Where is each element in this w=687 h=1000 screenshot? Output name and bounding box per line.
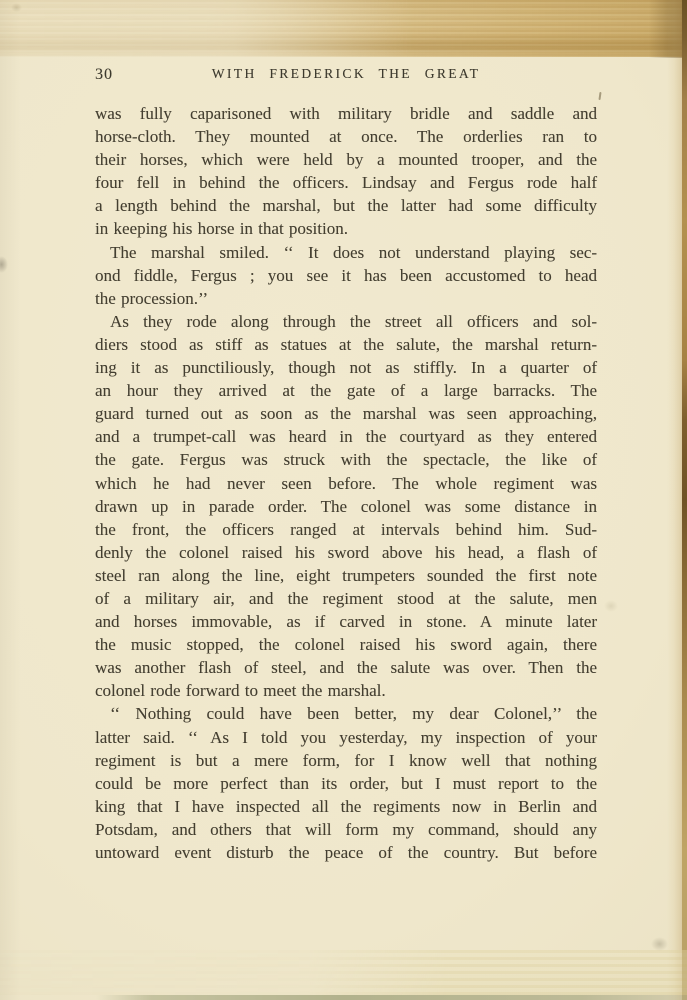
text-line: their horses, which were held by a mount… [95, 148, 597, 171]
text-line: Potsdam, and others that will form my co… [95, 818, 597, 841]
text-line: in keeping his horse in that position. [95, 217, 597, 240]
text-line: four fell in behind the officers. Lindsa… [95, 171, 597, 194]
scan-smudge [604, 600, 618, 612]
text-line: a length behind the marshal, but the lat… [95, 194, 597, 217]
text-line: As they rode along through the street al… [95, 310, 597, 333]
text-line: diers stood as stiff as statues at the s… [95, 333, 597, 356]
text-line: the procession.’’ [95, 287, 597, 310]
text-line: horse-cloth. They mounted at once. The o… [95, 125, 597, 148]
text-line: which he had never seen before. The whol… [95, 472, 597, 495]
text-line: king that I have inspected all the regim… [95, 795, 597, 818]
text-line: untoward event disturb the peace of the … [95, 841, 597, 864]
scan-smudge [651, 937, 668, 951]
text-line: colonel rode forward to meet the marshal… [95, 679, 597, 702]
scan-smudge [11, 3, 22, 12]
text-line: ing it as punctiliously, though not as s… [95, 356, 597, 379]
text-line: drawn up in parade order. The colonel wa… [95, 495, 597, 518]
text-line: ond fiddle, Fergus ; you see it has been… [95, 264, 597, 287]
scan-bottom-streaks [0, 950, 687, 995]
text-line: and a trumpet-call was heard in the cour… [95, 425, 597, 448]
page-number: 30 [95, 66, 113, 84]
text-line: the gate. Fergus was struck with the spe… [95, 448, 597, 471]
text-line: could be more perfect than its order, bu… [95, 772, 597, 795]
running-header: WITH FREDERICK THE GREAT [95, 66, 597, 82]
text-line: latter said. ‘‘ As I told you yesterday,… [95, 726, 597, 749]
text-line: the front, the officers ranged at interv… [95, 518, 597, 541]
text-line: was fully caparisoned with military brid… [95, 102, 597, 125]
page-head: 30 WITH FREDERICK THE GREAT [95, 66, 597, 83]
text-line: guard turned out as soon as the marshal … [95, 402, 597, 425]
text-line: The marshal smiled. ‘‘ It does not under… [95, 241, 597, 264]
scan-bottom-strip [0, 995, 687, 1000]
text-line: of a military air, and the regiment stoo… [95, 587, 597, 610]
scanned-book-page: { "book_page": { "page_number": "30", "r… [0, 0, 687, 1000]
text-line: an hour they arrived at the gate of a la… [95, 379, 597, 402]
text-line: was another flash of steel, and the salu… [95, 656, 597, 679]
text-line: regiment is but a mere form, for I know … [95, 749, 597, 772]
page-right-edge-line [682, 0, 687, 1000]
text-line: denly the colonel raised his sword above… [95, 541, 597, 564]
text-line: and horses immovable, as if carved in st… [95, 610, 597, 633]
scan-top-gold-band [0, 0, 687, 57]
text-line: the music stopped, the colonel raised hi… [95, 633, 597, 656]
body-text: was fully caparisoned with military brid… [95, 102, 597, 864]
page-content: 30 WITH FREDERICK THE GREAT was fully ca… [95, 66, 597, 864]
text-line: steel ran along the line, eight trumpete… [95, 564, 597, 587]
text-line: ‘‘ Nothing could have been better, my de… [95, 702, 597, 725]
